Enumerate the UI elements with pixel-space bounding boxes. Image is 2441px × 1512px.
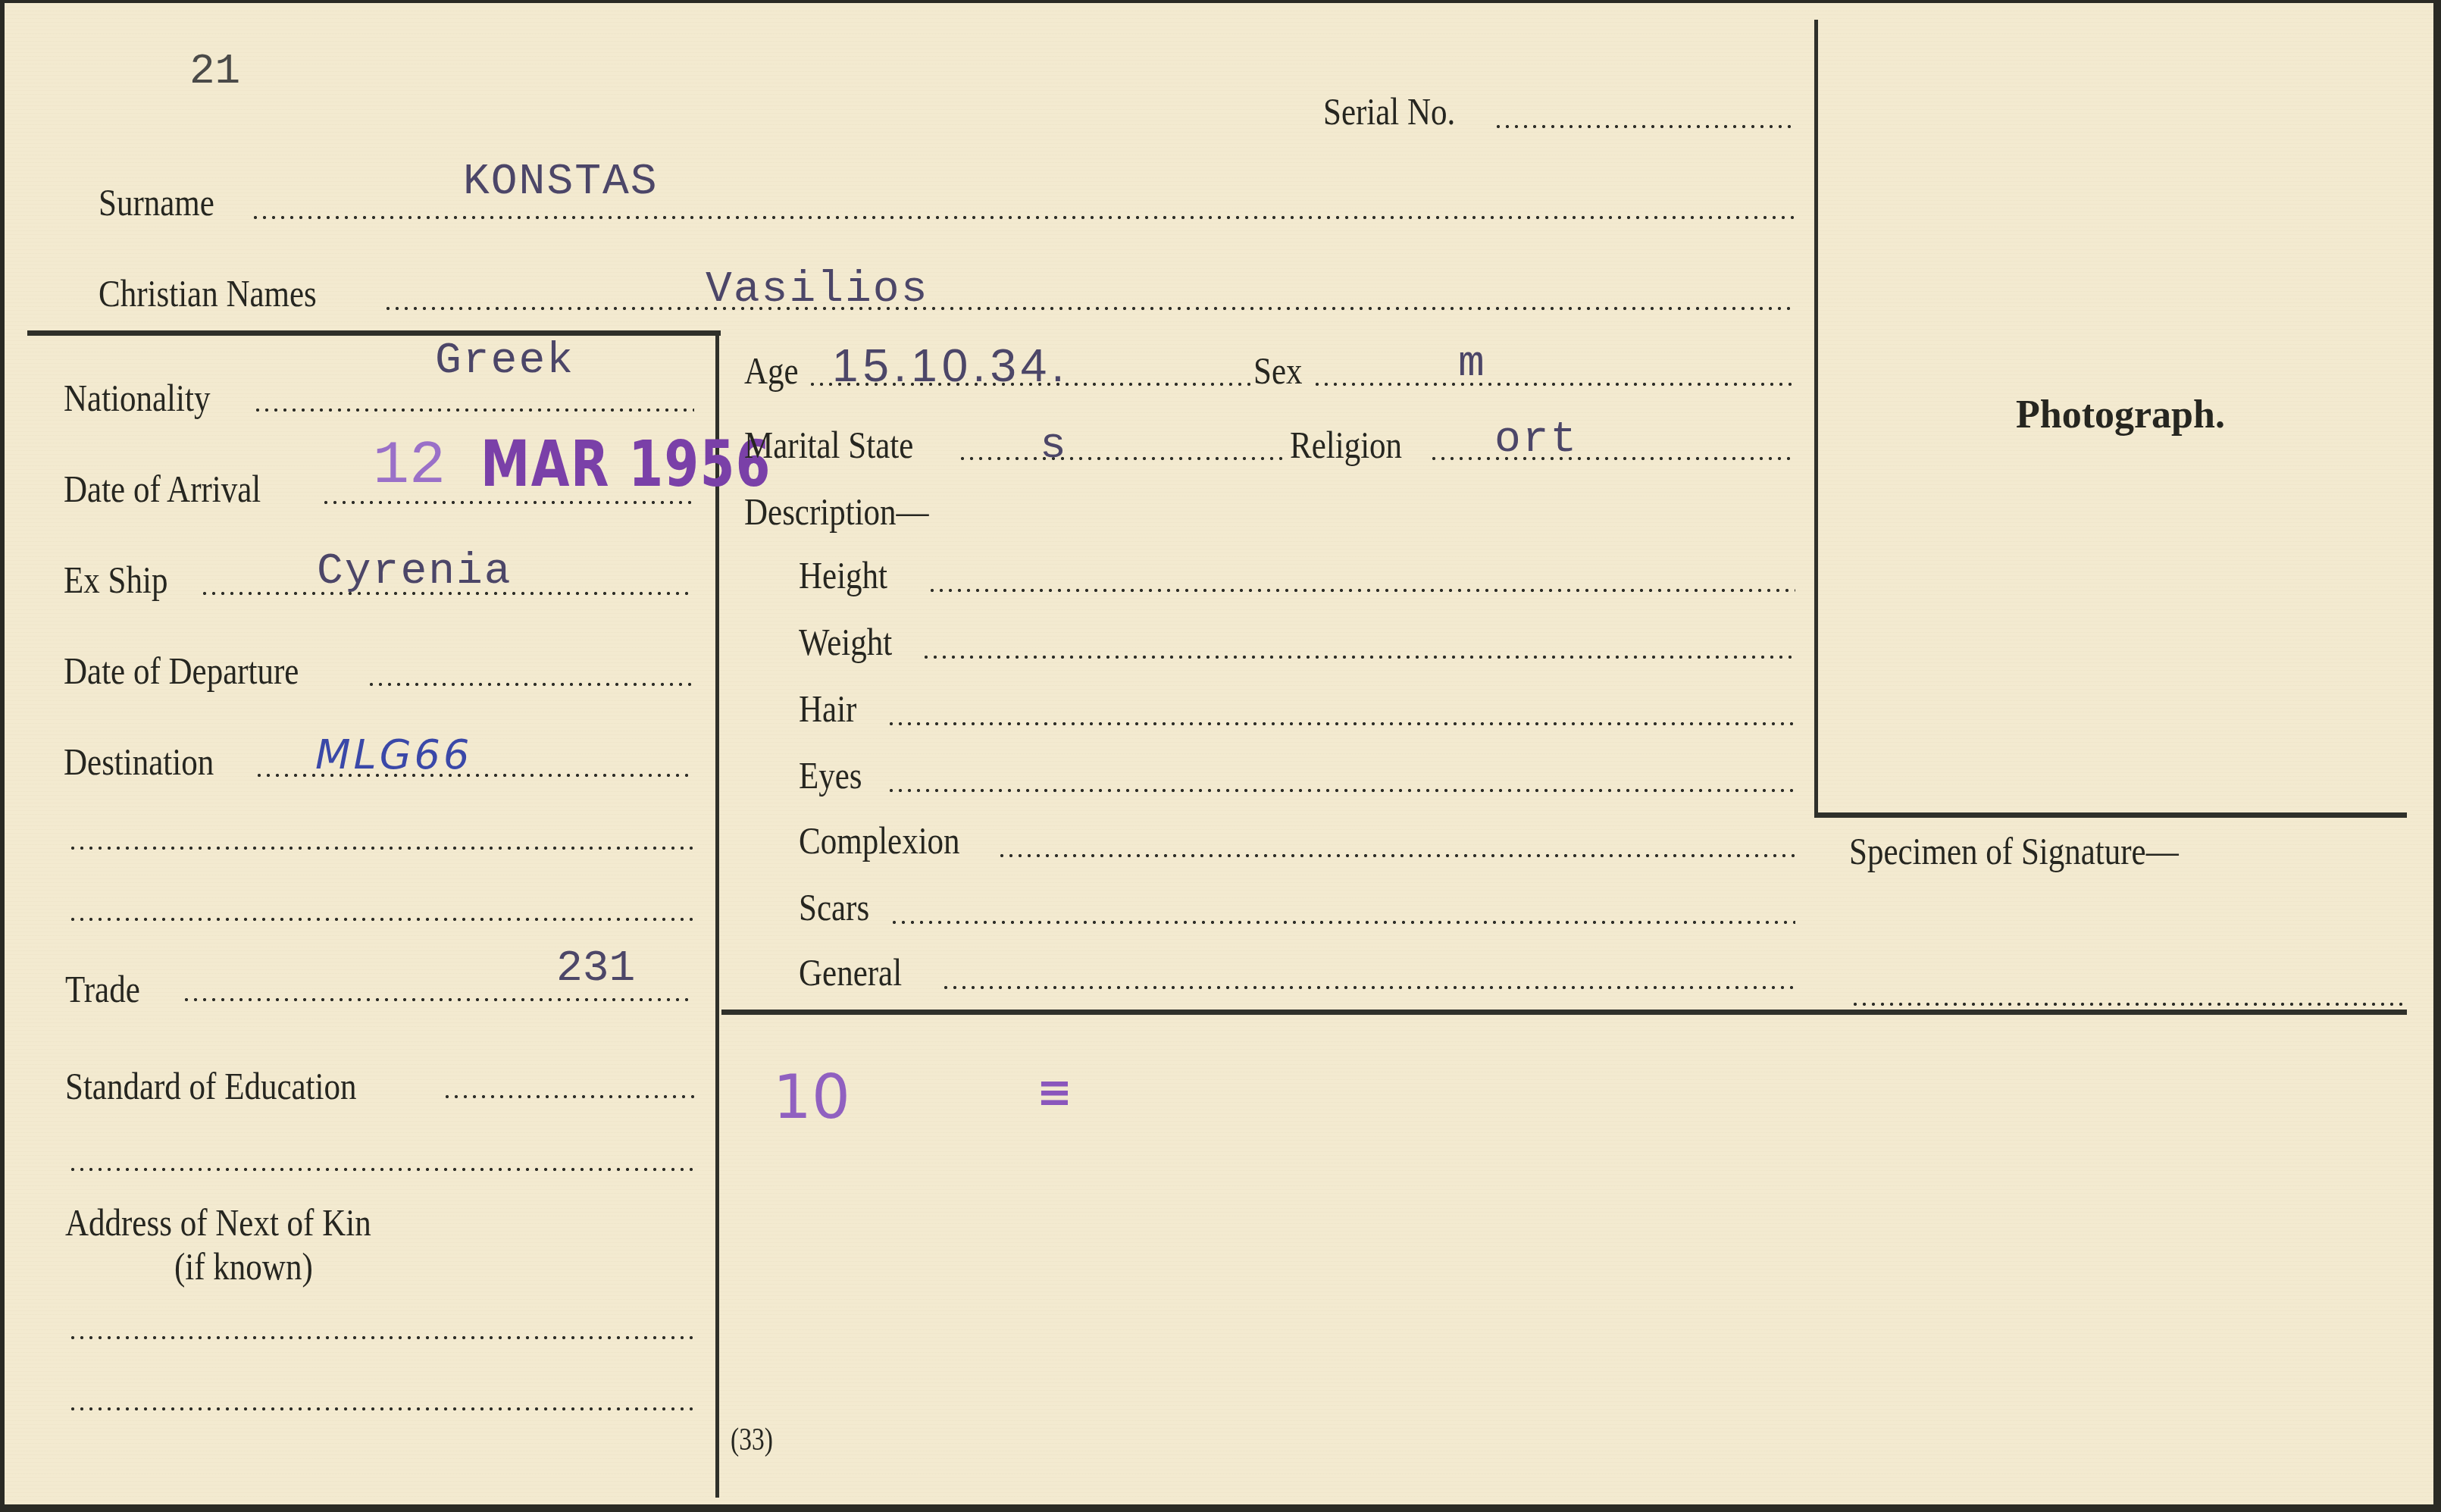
weight-label: Weight (799, 623, 892, 661)
hair-label: Hair (799, 690, 856, 728)
marital-state-value: s (1040, 424, 1068, 468)
surname-field[interactable] (251, 215, 1795, 220)
stamp-number: 10 (773, 1067, 850, 1128)
nationality-label: Nationality (64, 379, 210, 417)
photo-box-bottom-rule (1814, 812, 2407, 818)
arrival-date-stamp-month-year: MAR 1956 (480, 432, 771, 496)
destination-extra-line-2[interactable] (68, 917, 694, 922)
ex-ship-value: Cyrenia (317, 550, 512, 594)
religion-field[interactable] (1429, 456, 1795, 461)
signature-label: Specimen of Signature— (1849, 832, 2179, 870)
next-of-kin-label: Address of Next of Kin (65, 1204, 371, 1241)
religion-value: ort (1494, 418, 1578, 462)
nationality-field[interactable] (253, 408, 694, 412)
photograph-label: Photograph. (2016, 393, 2225, 437)
standard-of-education-field[interactable] (443, 1094, 694, 1099)
date-of-departure-field[interactable] (367, 682, 694, 687)
photo-box-left-rule (1814, 20, 1818, 817)
age-label: Age (744, 352, 799, 390)
description-heading: Description— (744, 493, 929, 531)
general-field[interactable] (941, 985, 1795, 990)
religion-label: Religion (1290, 426, 1402, 464)
sex-label: Sex (1253, 352, 1303, 390)
marital-state-label: Marital State (744, 426, 913, 464)
surname-label: Surname (99, 183, 214, 221)
weight-field[interactable] (922, 655, 1795, 659)
trade-label: Trade (65, 970, 140, 1008)
eyes-label: Eyes (799, 756, 862, 794)
arrival-date-stamp-day: 12 (373, 437, 446, 497)
signature-field[interactable] (1851, 1002, 2407, 1006)
card-number: 21 (189, 47, 240, 95)
ex-ship-label: Ex Ship (64, 561, 167, 599)
sex-value: m (1458, 343, 1486, 387)
scars-label: Scars (799, 888, 869, 926)
middle-section-bottom-rule (721, 1010, 2407, 1015)
scars-field[interactable] (890, 920, 1795, 925)
hair-field[interactable] (887, 722, 1795, 726)
date-of-arrival-label: Date of Arrival (64, 470, 261, 508)
next-of-kin-line-1[interactable] (68, 1335, 694, 1340)
migrant-registration-card: 21 Serial No. Surname KONSTAS Christian … (5, 3, 2433, 1504)
destination-value: MLG66 (315, 734, 472, 775)
christian-names-label: Christian Names (99, 274, 317, 312)
serial-no-label: Serial No. (1323, 92, 1455, 130)
complexion-field[interactable] (997, 853, 1795, 858)
serial-no-field[interactable] (1494, 124, 1795, 129)
education-extra-line[interactable] (68, 1167, 694, 1172)
stamp-mark: ≡ (1037, 1072, 1072, 1114)
surname-value: KONSTAS (463, 161, 659, 205)
height-label: Height (799, 556, 887, 594)
christian-names-value: Vasilios (706, 268, 928, 312)
destination-label: Destination (64, 743, 214, 781)
marital-state-field[interactable] (958, 456, 1288, 461)
trade-value: 231 (556, 947, 635, 991)
left-column-top-rule (27, 330, 721, 336)
trade-field[interactable] (182, 997, 694, 1002)
complexion-label: Complexion (799, 822, 960, 859)
standard-of-education-label: Standard of Education (65, 1067, 357, 1105)
height-field[interactable] (928, 588, 1795, 593)
destination-extra-line-1[interactable] (68, 846, 694, 850)
eyes-field[interactable] (887, 788, 1795, 793)
christian-names-field[interactable] (383, 306, 1795, 311)
next-of-kin-sublabel: (if known) (174, 1247, 313, 1285)
age-value: 15.10.34. (832, 343, 1069, 390)
date-of-departure-label: Date of Departure (64, 652, 299, 690)
next-of-kin-line-2[interactable] (68, 1407, 694, 1411)
sex-field[interactable] (1313, 382, 1795, 387)
form-number: (33) (731, 1422, 773, 1458)
nationality-value: Greek (435, 340, 574, 383)
left-column-divider (715, 330, 719, 1498)
general-label: General (799, 953, 902, 991)
